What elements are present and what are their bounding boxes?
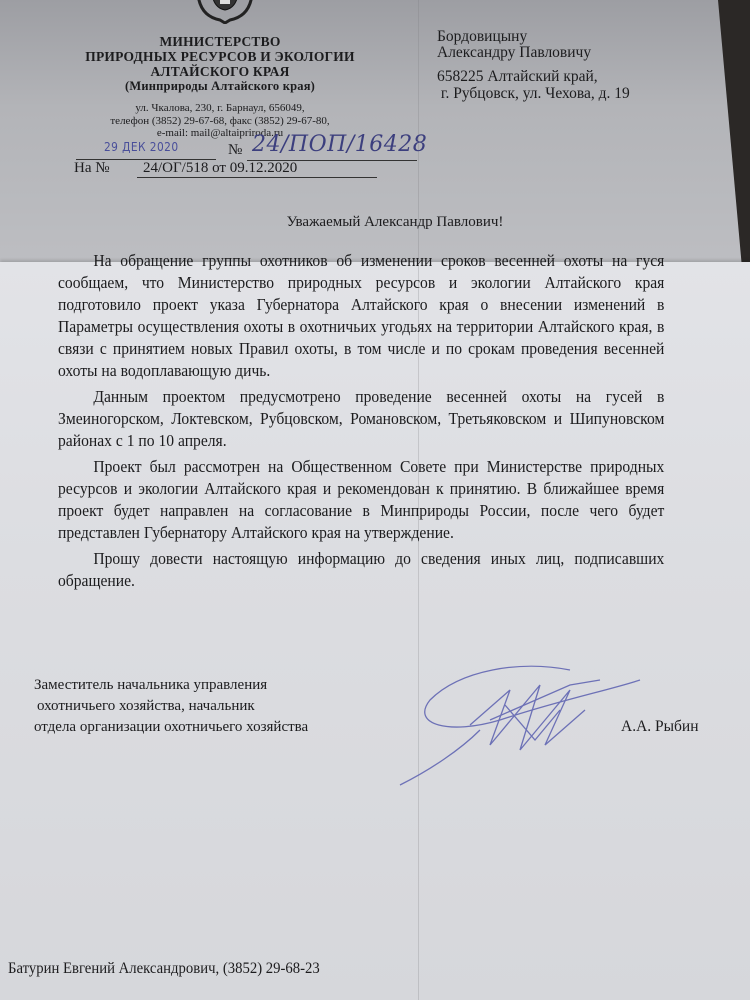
position-line: охотничьего хозяйства, начальник xyxy=(34,696,308,717)
reply-underline xyxy=(137,177,377,178)
org-short-name: (Минприроды Алтайского края) xyxy=(70,79,370,94)
handwritten-outgoing-number: 24/ПОП/16428 xyxy=(252,132,427,157)
body-paragraph: Данным проектом предусмотрено проведение… xyxy=(58,386,664,452)
position-line: отдела организации охотничьего хозяйства xyxy=(34,717,308,738)
number-label: № xyxy=(228,142,242,159)
org-line: АЛТАЙСКОГО КРАЯ xyxy=(70,64,370,79)
body-paragraph: Прошу довести настоящую информацию до св… xyxy=(58,548,664,592)
org-line: ПРИРОДНЫХ РЕСУРСОВ И ЭКОЛОГИИ xyxy=(70,49,370,64)
signatory-name: А.А. Рыбин xyxy=(621,718,699,736)
body-paragraph: Проект был рассмотрен на Общественном Со… xyxy=(58,456,664,544)
recipient-given-names: Александру Павловичу xyxy=(437,45,591,61)
address-line: 658225 Алтайский край, xyxy=(437,68,630,85)
date-stamp: 29 ДЕК 2020 xyxy=(104,139,179,154)
org-line: МИНИСТЕРСТВО xyxy=(70,34,370,49)
executor-contact: Батурин Евгений Александрович, (3852) 29… xyxy=(8,960,320,978)
address-line: г. Рубцовск, ул. Чехова, д. 19 xyxy=(437,85,630,102)
recipient-surname: Бордовицыну xyxy=(437,29,591,45)
coat-of-arms-icon xyxy=(190,0,260,24)
position-line: Заместитель начальника управления xyxy=(34,675,308,696)
recipient-name: Бордовицыну Александру Павловичу xyxy=(437,29,591,61)
address-line: ул. Чкалова, 230, г. Барнаул, 656049, xyxy=(70,102,370,115)
letter-body: На обращение группы охотников об изменен… xyxy=(58,250,664,596)
signatory-position: Заместитель начальника управления охотни… xyxy=(34,675,308,738)
address-line: телефон (3852) 29-67-68, факс (3852) 29-… xyxy=(70,115,370,128)
recipient-address: 658225 Алтайский край, г. Рубцовск, ул. … xyxy=(437,68,630,102)
ministry-name: МИНИСТЕРСТВО ПРИРОДНЫХ РЕСУРСОВ И ЭКОЛОГ… xyxy=(70,34,370,94)
body-paragraph: На обращение группы охотников об изменен… xyxy=(58,250,664,382)
reply-to-label: На № xyxy=(74,160,110,177)
signature-icon xyxy=(370,650,660,790)
salutation: Уважаемый Александр Павлович! xyxy=(0,214,750,231)
reply-to-value: 24/ОГ/518 от 09.12.2020 xyxy=(143,160,297,177)
